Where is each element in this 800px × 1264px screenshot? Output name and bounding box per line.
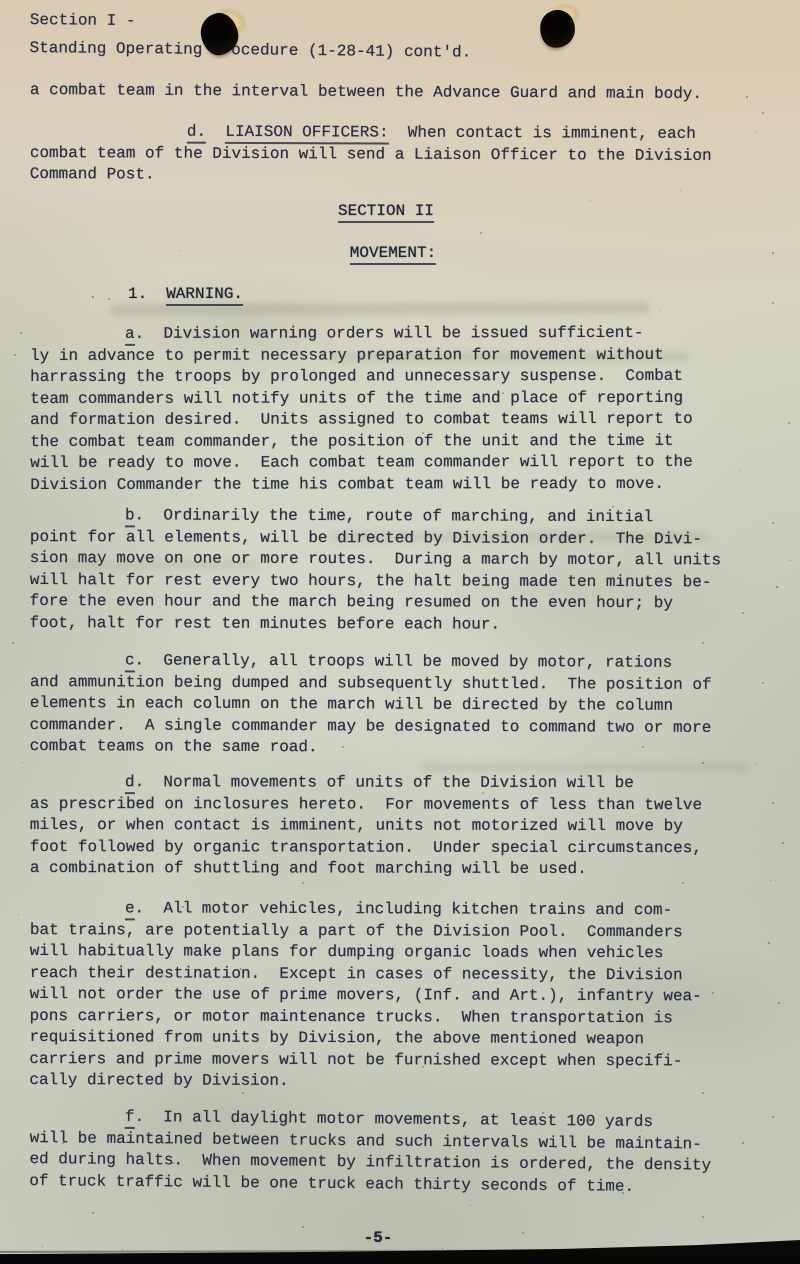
paragraph-c: c. Generally, all troops will be moved b… xyxy=(30,650,712,760)
paragraph-letter: b xyxy=(125,506,135,527)
item-title: WARNING. xyxy=(166,285,243,306)
paragraph-lines: ly in advance to permit necessary prepar… xyxy=(30,344,693,496)
paragraph-e: e. All motor vehicles, including kitchen… xyxy=(29,898,702,1094)
paragraph-letter: d xyxy=(125,773,135,794)
hole-punch-icon xyxy=(539,7,579,51)
paragraph-a: a. Division warning orders will be issue… xyxy=(30,323,693,496)
paragraph-first-text: . In all daylight motor movements, at le… xyxy=(134,1108,653,1131)
paragraph-first-line: d. Normal movements of units of the Divi… xyxy=(30,772,702,795)
page-number: -5- xyxy=(0,1228,756,1250)
paragraph-letter: d. xyxy=(187,123,206,144)
paragraph-lines: as prescribed on inclosures hereto. For … xyxy=(30,793,702,880)
section-heading-text: SECTION II xyxy=(338,202,434,223)
paragraph-first-line: e. All motor vehicles, including kitchen… xyxy=(30,898,702,922)
paragraph-first-text: . Normal movements of units of the Divis… xyxy=(135,773,634,792)
paragraph-letter: e xyxy=(125,899,135,920)
paragraph-letter: f xyxy=(125,1108,135,1129)
spacer-text xyxy=(206,123,225,141)
section-heading: SECTION II xyxy=(0,201,772,223)
paragraph-b: b. Ordinarily the time, route of marchin… xyxy=(30,505,722,636)
paragraph-first-text: When contact is imminent, each xyxy=(389,124,696,143)
warning-item-heading: 1.WARNING. xyxy=(128,284,243,306)
paragraph-first-text: . All motor vehicles, including kitchen … xyxy=(135,899,673,919)
item-number: 1. xyxy=(128,285,147,303)
paragraph-letter: c xyxy=(125,651,135,672)
movement-heading: MOVEMENT: xyxy=(0,243,786,265)
scanned-document-page: Section I - Standing Operating Procedure… xyxy=(0,0,800,1264)
movement-heading-text: MOVEMENT: xyxy=(350,244,436,265)
paragraph-label: LIAISON OFFICERS: xyxy=(225,123,388,145)
paragraph-lines: and ammunition being dumped and subseque… xyxy=(30,671,712,760)
document-text: Section I - Standing Operating Procedure… xyxy=(0,0,800,1264)
paragraph-f: f. In all daylight motor movements, at l… xyxy=(29,1106,712,1199)
header-line-2: Standing Operating Procedure (1-28-41) c… xyxy=(29,34,471,67)
paragraph-first-line: b. Ordinarily the time, route of marchin… xyxy=(30,505,721,529)
paragraph-lines: combat team of the Division will send a … xyxy=(30,142,712,188)
paragraph-lines: will be maintained between trucks and su… xyxy=(29,1127,711,1198)
paragraph-first-line: a. Division warning orders will be issue… xyxy=(30,323,693,346)
paragraph-first-text: . Generally, all troops will be moved by… xyxy=(135,651,673,671)
paragraph-d: d. Normal movements of units of the Divi… xyxy=(30,772,702,881)
paragraph-liaison-officers: d. LIAISON OFFICERS: When contact is imm… xyxy=(30,121,712,188)
paragraph-first-line: c. Generally, all troops will be moved b… xyxy=(30,650,712,674)
hole-punch-icon xyxy=(200,10,242,58)
paragraph-first-text: . Division warning orders will be issued… xyxy=(135,324,644,343)
paragraph-lines: point for all elements, will be directed… xyxy=(30,526,722,636)
paragraph-lines: bat trains, are potentially a part of th… xyxy=(29,919,702,1093)
paragraph-first-line: d. LIAISON OFFICERS: When contact is imm… xyxy=(30,121,712,145)
running-header: Section I - Standing Operating Procedure… xyxy=(29,6,471,67)
carryover-sentence: a combat team in the interval between th… xyxy=(30,80,702,106)
paragraph-letter: a xyxy=(125,325,135,346)
paragraph-first-text: . Ordinarily the time, route of marching… xyxy=(135,506,654,526)
